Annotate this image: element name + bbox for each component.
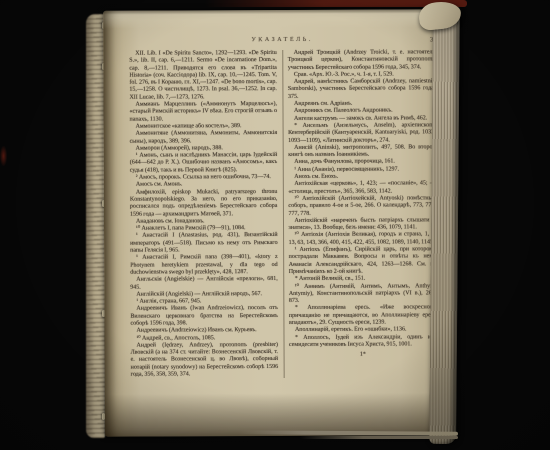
- fore-edge-page-stack: [429, 6, 460, 444]
- index-entry: ¹⁰ Анѳимъ (Антимій, Антимъ, Антымъ, Anth…: [289, 283, 437, 306]
- page-header: УКАЗАТЕЛЬ. 3: [129, 36, 435, 47]
- facing-page-edge: [86, 14, 105, 438]
- index-column-left: XII. Lib. I «De Spiritu Sancto», 1292—12…: [129, 50, 283, 379]
- index-columns: XII. Lib. I «De Spiritu Sancto», 1292—12…: [129, 49, 436, 379]
- index-entry: Антіохійскій «нареченъ бысть патріархъ с…: [288, 217, 436, 232]
- index-entry: Андрей (Iędrzey, Andrzey), протопопъ (pr…: [131, 342, 279, 379]
- index-entry: Антіохійская «церковь», 1, 423; — «посла…: [288, 181, 436, 196]
- index-entry: ¹ Антіохъ (Епифанъ), Сирійскій царь, при…: [289, 246, 437, 276]
- index-entry: ¹⁰ Антіохія (Антіохія Великая), городъ и…: [289, 232, 437, 247]
- index-entry: Англійскій (Angielski) — Англійскій наро…: [130, 291, 278, 299]
- index-entry: ¹ Амонъ, сынъ и наслѣдникъ Манассіи, цар…: [130, 152, 278, 175]
- index-entry: Амфилохій, episkop Mukacki, patryarszego…: [130, 189, 278, 219]
- book-page: УКАЗАТЕЛЬ. 3 XII. Lib. I «De Spiritu San…: [103, 9, 449, 436]
- index-entry: ¹⁰ Антіохійскій (Антіохейскій, Antyoski)…: [288, 195, 436, 218]
- index-entry: ¹ Анастасій I, Римскій папа (398—401), «…: [130, 254, 278, 277]
- index-entry: * Аполлинаріева ересь. «Иже воскресному …: [289, 305, 437, 328]
- index-entry: Аммонитяне (Аммонитяна, Аммониты, Аммони…: [130, 130, 278, 145]
- index-entry: Андреевичъ Иванъ (Iwan Andrzeiowicz), по…: [130, 305, 278, 328]
- index-entry: Андрей, намѣстникъ Самборскій (Andrzey, …: [288, 78, 436, 101]
- spine-highlight: [0, 146, 7, 166]
- index-entry: ¹ Анастасій I (Anastasius, род. 431), Ви…: [130, 232, 278, 255]
- index-column-right: Андрей Троицкій (Andrzey Troicki, т. е. …: [283, 49, 437, 378]
- book-photo: УКАЗАТЕЛЬ. 3 XII. Lib. I «De Spiritu San…: [0, 0, 550, 450]
- index-entries-right: Андрей Троицкій (Andrzey Troicki, т. е. …: [288, 49, 437, 349]
- index-entry: * Ансельмъ (Анзельмусъ, Anselm), архіепи…: [288, 122, 436, 145]
- page-content-area: УКАЗАТЕЛЬ. 3 XII. Lib. I «De Spiritu San…: [129, 9, 437, 436]
- index-entry: Англьскія (Angielskie) — Англійскія «пре…: [130, 276, 278, 291]
- index-entry: Андрей Троицкій (Andrzey Troicki, т. е. …: [288, 49, 436, 72]
- index-entry: XII. Lib. I «De Spiritu Sancto», 1292—12…: [129, 50, 277, 102]
- index-entry: * Аполлосъ, Іудей изъ Александріи, одинъ…: [289, 334, 437, 349]
- signature-mark: 1*: [289, 351, 437, 358]
- index-entry: Анисій (Aninski), митрополитъ, 497, 508.…: [288, 144, 436, 159]
- index-entry: Аммианъ Марцеллинъ («Аммионутъ Марцелюсъ…: [129, 101, 277, 124]
- running-title: УКАЗАТЕЛЬ.: [129, 36, 435, 43]
- index-entry: Андреевичъ (Andrzeiowicz) Иванъ см. Курь…: [130, 327, 278, 335]
- bottom-page-edge: [300, 436, 458, 439]
